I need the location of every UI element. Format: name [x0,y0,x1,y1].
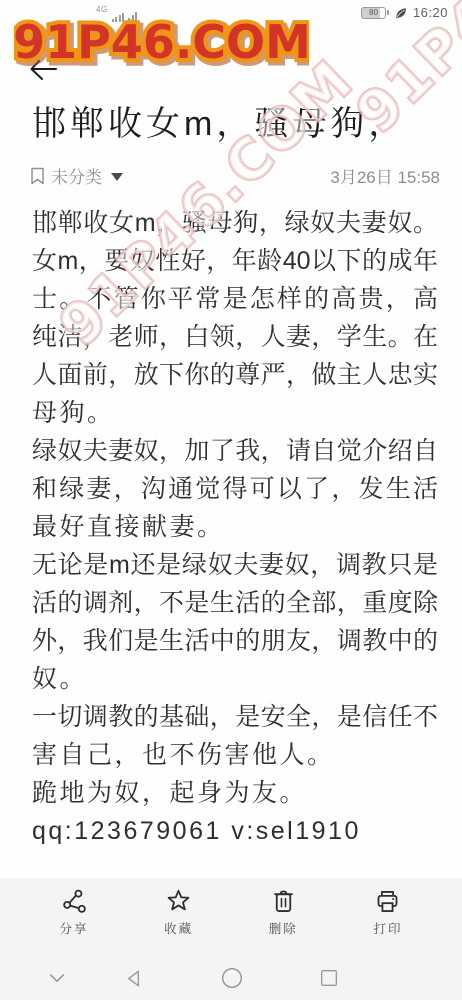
clock-time: 16:20 [413,5,448,20]
android-nav-bar [0,956,462,1000]
network-type-label: 4G [96,6,108,14]
note-line: 女m，要奴性好，年龄40以下的成年女 [32,242,438,280]
nav-recents-button[interactable] [318,967,340,989]
note-line: 奴。 [32,660,438,698]
note-line: 一切调教的基础，是安全，是信任不伤 [32,698,438,736]
category-label: 未分类 [51,163,102,188]
note-line: 外，我们是生活中的朋友，调教中的主 [32,622,438,660]
share-button[interactable]: 分享 [44,888,104,937]
watermark-diagonal-fragment: 91P46.COM [317,0,462,176]
note-line: 无论是m还是绿奴夫妻奴，调教只是生 [32,546,438,584]
eye-comfort-leaf-icon [394,6,408,20]
note-line: 跪地为奴，起身为友。 [32,774,438,812]
note-line: 绿奴夫妻奴，加了我，请自觉介绍自己 [32,432,438,470]
print-label: 打印 [373,919,402,937]
status-bar: 4G 80 16:20 [0,0,462,26]
share-icon [61,888,88,915]
share-label: 分享 [59,919,88,937]
delete-label: 删除 [269,919,298,937]
status-right-cluster: 80 16:20 [361,5,448,20]
star-icon [165,888,192,915]
favorite-label: 收藏 [164,919,193,937]
battery-icon: 80 [361,7,386,19]
signal-bars-icon-2 [128,12,137,22]
signal-cluster: 4G [96,6,137,22]
note-meta-row: 未分类 3月26日 15:58 [30,163,440,188]
note-line: 最好直接献妻。 [32,508,438,546]
bottom-toolbar: 分享 收藏 删除 打印 [0,878,462,956]
note-line: 和绿妻，沟通觉得可以了，发生活照。 [32,470,438,508]
note-line: qq:123679061 v:sel1910 [32,812,438,850]
note-line: 纯洁，老师，白领，人妻，学生。在主 [32,318,438,356]
delete-button[interactable]: 删除 [253,888,313,937]
note-line: 活的调剂，不是生活的全部，重度除 [32,584,438,622]
notes-app-screen: 4G 80 16:20 91P46.COM 91P46.COM [0,0,462,1000]
bookmark-icon [30,167,45,185]
favorite-button[interactable]: 收藏 [149,888,209,937]
print-button[interactable]: 打印 [358,888,418,937]
trash-icon [270,888,297,915]
back-button[interactable] [26,56,60,90]
battery-nub [387,10,389,15]
printer-icon [374,888,401,915]
note-body[interactable]: 邯郸收女m，骚母狗，绿奴夫妻奴。女m，要奴性好，年龄40以下的成年女士。不管你平… [32,204,438,850]
nav-back-button[interactable] [123,967,146,990]
note-line: 害自己，也不伤害他人。 [32,736,438,774]
category-selector[interactable]: 未分类 [30,163,123,188]
signal-bars-icon [112,13,125,22]
nav-home-button[interactable] [220,966,244,990]
note-line: 母狗。 [32,394,438,432]
note-line: 邯郸收女m，骚母狗，绿奴夫妻奴。 [32,204,438,242]
note-line: 人面前，放下你的尊严，做主人忠实的 [32,356,438,394]
note-line: 士。不管你平常是怎样的高贵，高尚， [32,280,438,318]
dropdown-arrow-icon [111,173,123,181]
note-title[interactable]: 邯郸收女m，骚母狗， [32,96,446,145]
note-date: 3月26日 15:58 [330,163,440,188]
watermark-banner-shadow: 91P46.COM [16,18,309,72]
